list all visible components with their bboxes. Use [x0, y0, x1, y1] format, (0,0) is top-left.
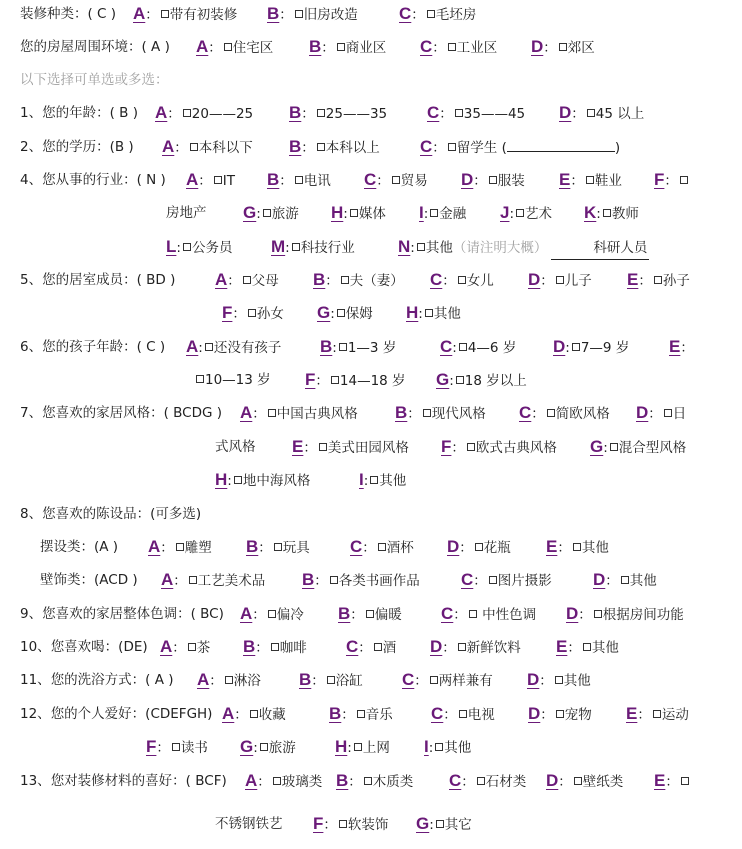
- option-item[interactable]: A：雕塑: [148, 540, 212, 556]
- option-item[interactable]: B:1—3 岁: [320, 340, 396, 356]
- checkbox-icon[interactable]: [489, 576, 497, 584]
- option-separator: ：: [227, 273, 241, 289]
- checkbox-icon[interactable]: [189, 576, 197, 584]
- option-text: 混合型风格: [619, 440, 687, 456]
- option-item[interactable]: N:其他（请注明大概）科研人员: [398, 240, 649, 256]
- subgroup-label: 壁饰类：(ACD ): [40, 572, 138, 588]
- option-item[interactable]: F：孙女: [222, 306, 284, 322]
- option-item[interactable]: E：运动: [626, 707, 689, 723]
- option-text: 保姆: [346, 306, 373, 322]
- option-text: 4—6 岁: [468, 340, 516, 356]
- checkbox-icon[interactable]: [295, 10, 303, 18]
- option-item[interactable]: C：工业区: [420, 40, 497, 56]
- option-letter: B: [267, 170, 279, 189]
- option-item[interactable]: E：美式田园风格: [292, 440, 409, 456]
- option-item[interactable]: D：宠物: [528, 707, 592, 723]
- checkbox-icon[interactable]: [680, 176, 688, 184]
- option-item[interactable]: C：图片摄影: [461, 573, 552, 589]
- instruction-note: 以下选择可单选或多选：: [20, 72, 169, 88]
- option-item[interactable]: C：简欧风格: [519, 406, 610, 422]
- checkbox-icon[interactable]: [574, 777, 582, 785]
- option-letter: G: [436, 370, 449, 389]
- option-separator: ：: [303, 440, 317, 456]
- option-letter: B: [302, 570, 314, 589]
- option-separator: ：: [539, 673, 553, 689]
- checkbox-icon[interactable]: [621, 576, 629, 584]
- option-item[interactable]: D：新鲜饮料: [430, 640, 521, 656]
- option-separator: ：: [570, 173, 584, 189]
- checkbox-icon[interactable]: [583, 643, 591, 651]
- option-item[interactable]: J:艺术: [500, 206, 552, 222]
- option-item[interactable]: D：壁纸类: [546, 774, 623, 790]
- option-item[interactable]: A：中国古典风格: [240, 406, 358, 422]
- checkbox-icon[interactable]: [268, 610, 276, 618]
- option-letter: C: [449, 771, 461, 790]
- option-text: 读书: [181, 740, 208, 756]
- option-item[interactable]: I:其他: [359, 473, 406, 489]
- option-item[interactable]: A：淋浴: [197, 673, 261, 689]
- checkbox-icon[interactable]: [556, 276, 564, 284]
- option-item[interactable]: D：郊区: [531, 40, 595, 56]
- option-separator: ：: [414, 673, 428, 689]
- option-separator: :: [227, 473, 232, 489]
- option-text: 壁纸类: [583, 774, 624, 790]
- option-letter: H: [406, 303, 418, 322]
- option-separator: ：: [315, 373, 329, 389]
- option-item[interactable]: D：儿子: [528, 273, 592, 289]
- option-separator: ：: [578, 607, 592, 623]
- survey-line: 式风格E：美式田园风格F：欧式古典风格G:混合型风格: [0, 436, 742, 458]
- option-separator: ：: [311, 673, 325, 689]
- checkbox-icon[interactable]: [161, 10, 169, 18]
- option-item[interactable]: C： 中性色调: [441, 607, 536, 623]
- checkbox-icon[interactable]: [587, 109, 595, 117]
- subgroup-label: 摆设类：(A ): [40, 539, 118, 555]
- checkbox-icon[interactable]: [190, 143, 198, 151]
- option-text: 鞋业: [595, 173, 622, 189]
- option-item[interactable]: E：其他: [556, 640, 619, 656]
- option-item[interactable]: D：花瓶: [447, 540, 511, 556]
- question-text: 11、您的洗浴方式：( A ): [20, 672, 174, 688]
- option-item[interactable]: C：酒: [346, 640, 396, 656]
- option-text: 玻璃类: [282, 774, 323, 790]
- option-item[interactable]: C：女儿: [430, 273, 494, 289]
- option-separator: ：: [407, 406, 421, 422]
- checkbox-icon[interactable]: [330, 576, 338, 584]
- option-item[interactable]: A：玻璃类: [245, 774, 322, 790]
- option-item[interactable]: F：欧式古典风格: [441, 440, 557, 456]
- survey-line: 4、您从事的行业：( N )A：ITB：电讯C：贸易D：服装E：鞋业F：: [0, 169, 742, 191]
- checkbox-icon[interactable]: [263, 209, 271, 217]
- option-separator: ：: [209, 673, 223, 689]
- option-item[interactable]: B：商业区: [309, 40, 386, 56]
- question-label: 您喜欢的家居整体色调：( BC): [42, 606, 224, 622]
- option-item[interactable]: A：住宅区: [196, 40, 273, 56]
- option-separator: :: [343, 206, 348, 222]
- checkbox-icon[interactable]: [354, 743, 362, 751]
- option-item[interactable]: B：电讯: [267, 173, 331, 189]
- question-number: 1、: [20, 105, 42, 121]
- option-item[interactable]: A：本科以下: [162, 140, 253, 156]
- checkbox-icon[interactable]: [295, 176, 303, 184]
- checkbox-icon[interactable]: [183, 243, 191, 251]
- checkbox-icon[interactable]: [475, 543, 483, 551]
- option-text: 儿子: [565, 273, 592, 289]
- option-separator: ：: [348, 774, 362, 790]
- checkbox-icon[interactable]: [196, 375, 204, 383]
- survey-line: 11、您的洗浴方式：( A )A：淋浴B：浴缸C：两样兼有D：其他: [0, 669, 742, 691]
- question-number: 13、: [20, 773, 51, 789]
- option-letter: C: [350, 537, 362, 556]
- option-item[interactable]: B：现代风格: [395, 406, 486, 422]
- checkbox-icon[interactable]: [436, 820, 444, 828]
- option-letter: A: [240, 604, 252, 623]
- option-item[interactable]: D：服装: [461, 173, 525, 189]
- option-item[interactable]: E：: [669, 340, 694, 356]
- option-item[interactable]: G:保姆: [317, 306, 373, 322]
- option-item[interactable]: A：工艺美术品: [161, 573, 265, 589]
- checkbox-icon[interactable]: [448, 143, 456, 151]
- survey-line: 2、您的学历：(B )A：本科以下B：本科以上C：留学生 (): [0, 136, 742, 158]
- checkbox-icon[interactable]: [366, 610, 374, 618]
- question-number: 12、: [20, 706, 51, 722]
- option-item[interactable]: C：毛坯房: [399, 7, 476, 23]
- option-item[interactable]: E：: [654, 774, 690, 790]
- option-separator: ：: [167, 106, 181, 122]
- checkbox-icon[interactable]: [331, 376, 339, 384]
- option-separator: ：: [543, 40, 557, 56]
- option-text: 花瓶: [484, 540, 511, 556]
- option-item[interactable]: A：20——25: [155, 106, 253, 122]
- checkbox-icon[interactable]: [319, 443, 327, 451]
- checkbox-icon[interactable]: [594, 610, 602, 618]
- option-item[interactable]: B：旧房改造: [267, 7, 358, 23]
- survey-line: 6、您的孩子年龄：( C )A:还没有孩子B:1—3 岁C:4—6 岁D:7—9…: [0, 336, 742, 358]
- option-item[interactable]: A:还没有孩子: [186, 340, 281, 356]
- option-item[interactable]: L:公务员: [166, 240, 232, 256]
- option-letter: F: [305, 370, 315, 389]
- option-letter: D: [553, 337, 565, 356]
- option-item[interactable]: I:其他: [424, 740, 471, 756]
- option-letter: D: [430, 637, 442, 656]
- option-text: 上网: [363, 740, 390, 756]
- question-number: 10、: [20, 639, 51, 655]
- option-text: 10—13 岁: [205, 372, 271, 388]
- option-separator: :: [429, 817, 434, 833]
- option-letter: D: [531, 37, 543, 56]
- checkbox-icon[interactable]: [455, 109, 463, 117]
- option-item[interactable]: G:混合型风格: [590, 440, 686, 456]
- option-text: 中性色调: [478, 607, 536, 623]
- option-separator: :: [410, 240, 415, 256]
- option-item[interactable]: D：其他: [593, 573, 657, 589]
- checkbox-icon[interactable]: [586, 176, 594, 184]
- checkbox-icon[interactable]: [653, 710, 661, 718]
- checkbox-icon[interactable]: [370, 476, 378, 484]
- option-text: 还没有孩子: [214, 340, 282, 356]
- option-item[interactable]: I:金融: [419, 206, 466, 222]
- checkbox-icon[interactable]: [417, 243, 425, 251]
- option-text: 教师: [612, 206, 639, 222]
- option-separator: :: [330, 306, 335, 322]
- option-item[interactable]: F：14—18 岁: [305, 373, 406, 389]
- option-text: 现代风格: [432, 406, 486, 422]
- option-item[interactable]: F：读书: [146, 740, 208, 756]
- checkbox-icon[interactable]: [273, 777, 281, 785]
- checkbox-icon[interactable]: [172, 743, 180, 751]
- question-text: 10、您喜欢喝：(DE): [20, 639, 148, 655]
- option-separator: ：: [301, 106, 315, 122]
- checkbox-icon[interactable]: [214, 176, 222, 184]
- option-letter: B: [313, 270, 325, 289]
- option-separator: ：: [174, 140, 188, 156]
- option-item[interactable]: K:教师: [584, 206, 639, 222]
- checkbox-icon[interactable]: [350, 209, 358, 217]
- question-text: 装修种类：( C ): [20, 6, 116, 22]
- checkbox-icon[interactable]: [477, 777, 485, 785]
- option-item[interactable]: F：软装饰: [313, 817, 388, 833]
- checkbox-icon[interactable]: [573, 543, 581, 551]
- option-item[interactable]: G:其它: [416, 817, 472, 833]
- option-item[interactable]: H:地中海风格: [215, 473, 310, 489]
- checkbox-icon[interactable]: [250, 710, 258, 718]
- option-separator: :: [347, 740, 352, 756]
- option-item[interactable]: B：各类书画作品: [302, 573, 420, 589]
- checkbox-icon[interactable]: [430, 209, 438, 217]
- option-item[interactable]: B：25——35: [289, 106, 387, 122]
- checkbox-icon[interactable]: [423, 409, 431, 417]
- checkbox-icon[interactable]: [654, 276, 662, 284]
- checkbox-icon[interactable]: [260, 743, 268, 751]
- checkbox-icon[interactable]: [458, 276, 466, 284]
- option-item[interactable]: D：根据房间功能: [566, 607, 684, 623]
- checkbox-icon[interactable]: [225, 676, 233, 684]
- checkbox-icon[interactable]: [337, 43, 345, 51]
- option-item[interactable]: C：两样兼有: [402, 673, 493, 689]
- fill-in-blank[interactable]: [507, 137, 615, 152]
- checkbox-icon[interactable]: [339, 820, 347, 828]
- checkbox-icon[interactable]: [364, 777, 372, 785]
- option-item[interactable]: B：偏暖: [338, 607, 402, 623]
- option-item[interactable]: B：本科以上: [289, 140, 380, 156]
- checkbox-icon[interactable]: [467, 443, 475, 451]
- option-item[interactable]: B：浴缸: [299, 673, 363, 689]
- option-item[interactable]: C：酒杯: [350, 540, 414, 556]
- option-separator: ：: [443, 707, 457, 723]
- option-item[interactable]: E：孙子: [627, 273, 690, 289]
- option-item[interactable]: M:科技行业: [271, 240, 355, 256]
- checkbox-icon[interactable]: [317, 109, 325, 117]
- option-letter: B: [243, 637, 255, 656]
- checkbox-icon[interactable]: [205, 343, 213, 351]
- answer-field[interactable]: 科研人员: [551, 237, 649, 260]
- question-number: 6、: [20, 339, 42, 355]
- option-text: 根据房间功能: [603, 607, 684, 623]
- option-item[interactable]: A：收藏: [222, 707, 286, 723]
- option-separator: :: [364, 473, 369, 489]
- option-letter: B: [299, 670, 311, 689]
- survey-line: H:地中海风格I:其他: [0, 469, 742, 491]
- option-letter: A: [197, 670, 209, 689]
- checkbox-icon[interactable]: [425, 309, 433, 317]
- checkbox-icon[interactable]: [516, 209, 524, 217]
- option-text: 新鲜饮料: [467, 640, 521, 656]
- checkbox-icon[interactable]: [489, 176, 497, 184]
- option-item[interactable]: B：咖啡: [243, 640, 307, 656]
- checkbox-icon[interactable]: [681, 777, 689, 785]
- checkbox-icon[interactable]: [339, 343, 347, 351]
- option-item[interactable]: C：35——45: [427, 106, 525, 122]
- checkbox-icon[interactable]: [603, 209, 611, 217]
- option-item[interactable]: C：电视: [431, 707, 495, 723]
- option-letter: F: [146, 737, 156, 756]
- option-separator: :: [452, 340, 457, 356]
- checkbox-icon[interactable]: [547, 409, 555, 417]
- option-separator: :: [285, 240, 290, 256]
- option-item[interactable]: A：茶: [160, 640, 210, 656]
- option-letter: E: [556, 637, 567, 656]
- survey-line: 12、您的个人爱好：(CDEFGH)A：收藏B：音乐C：电视D：宠物E：运动: [0, 703, 742, 725]
- option-separator: ：: [473, 573, 487, 589]
- option-text: 软装饰: [348, 817, 389, 833]
- option-item[interactable]: B：音乐: [329, 707, 393, 723]
- option-text: 中国古典风格: [277, 406, 358, 422]
- option-text: 简欧风格: [556, 406, 610, 422]
- checkbox-icon[interactable]: [392, 176, 400, 184]
- option-letter: G: [240, 737, 253, 756]
- survey-line: L:公务员M:科技行业N:其他（请注明大概）科研人员: [0, 236, 742, 258]
- option-item[interactable]: A：带有初装修: [133, 7, 237, 23]
- option-item[interactable]: D:7—9 岁: [553, 340, 629, 356]
- option-item[interactable]: F：: [654, 173, 689, 189]
- option-text: 媒体: [359, 206, 386, 222]
- option-letter: H: [335, 737, 347, 756]
- checkbox-icon[interactable]: [559, 43, 567, 51]
- survey-line: 装修种类：( C )A：带有初装修B：旧房改造C：毛坯房: [0, 3, 742, 25]
- option-item[interactable]: E：鞋业: [559, 173, 622, 189]
- option-text-continued: 不锈钢铁艺: [215, 816, 283, 832]
- option-separator: ：: [321, 40, 335, 56]
- checkbox-icon[interactable]: [459, 343, 467, 351]
- option-separator: ：: [325, 273, 339, 289]
- checkbox-icon[interactable]: [337, 309, 345, 317]
- option-item[interactable]: B：夫（妻）: [313, 273, 404, 289]
- option-text: 旧房改造: [304, 7, 358, 23]
- option-text: 其它: [445, 817, 472, 833]
- checkbox-icon[interactable]: [292, 243, 300, 251]
- checkbox-icon[interactable]: [357, 710, 365, 718]
- option-letter: C: [519, 403, 531, 422]
- checkbox-icon[interactable]: [664, 409, 672, 417]
- checkbox-icon[interactable]: [572, 343, 580, 351]
- checkbox-icon[interactable]: [469, 610, 477, 618]
- option-text: 偏冷: [277, 607, 304, 623]
- option-letter: D: [527, 670, 539, 689]
- option-separator: ：: [279, 7, 293, 23]
- option-item[interactable]: A：IT: [186, 173, 235, 189]
- option-separator: ：: [459, 540, 473, 556]
- option-separator: :: [424, 206, 429, 222]
- option-item[interactable]: H:上网: [335, 740, 390, 756]
- option-separator: :: [253, 740, 258, 756]
- option-separator: ：: [453, 607, 467, 623]
- option-item[interactable]: G:旅游: [240, 740, 296, 756]
- option-text: 其他: [582, 540, 609, 556]
- checkbox-icon[interactable]: [555, 676, 563, 684]
- option-text: 毛坯房: [436, 7, 477, 23]
- checkbox-icon[interactable]: [268, 409, 276, 417]
- checkbox-icon[interactable]: [427, 10, 435, 18]
- checkbox-icon[interactable]: [448, 43, 456, 51]
- option-text: 旅游: [269, 740, 296, 756]
- option-item[interactable]: B：玩具: [246, 540, 310, 556]
- option-item[interactable]: C：留学生 (): [420, 140, 620, 156]
- option-item[interactable]: G:旅游: [243, 206, 299, 222]
- checkbox-icon[interactable]: [243, 276, 251, 284]
- option-item[interactable]: D：日: [636, 406, 686, 422]
- checkbox-icon[interactable]: [556, 710, 564, 718]
- option-item[interactable]: C：贸易: [364, 173, 428, 189]
- checkbox-icon[interactable]: [183, 109, 191, 117]
- option-item[interactable]: C:4—6 岁: [440, 340, 516, 356]
- checkbox-icon[interactable]: [459, 710, 467, 718]
- checkbox-icon[interactable]: [430, 676, 438, 684]
- option-item[interactable]: E：其他: [546, 540, 609, 556]
- option-text: 雕塑: [185, 540, 212, 556]
- question-number: 11、: [20, 672, 51, 688]
- option-separator: ：: [234, 707, 248, 723]
- option-text: 服装: [498, 173, 525, 189]
- option-text: 石材类: [486, 774, 527, 790]
- option-separator: ：: [173, 573, 187, 589]
- checkbox-icon[interactable]: [271, 643, 279, 651]
- checkbox-icon[interactable]: [188, 643, 196, 651]
- checkbox-icon[interactable]: [374, 643, 382, 651]
- checkbox-icon[interactable]: [224, 43, 232, 51]
- checkbox-icon[interactable]: [435, 743, 443, 751]
- option-item[interactable]: A：偏冷: [240, 607, 304, 623]
- checkbox-icon[interactable]: [610, 443, 618, 451]
- option-letter: A: [222, 704, 234, 723]
- question-number: 9、: [20, 606, 42, 622]
- checkbox-icon[interactable]: [248, 309, 256, 317]
- option-item[interactable]: G:18 岁以上: [436, 373, 527, 389]
- checkbox-icon[interactable]: [176, 543, 184, 551]
- option-separator: ：: [208, 40, 222, 56]
- option-separator: ：: [432, 40, 446, 56]
- checkbox-icon[interactable]: [378, 543, 386, 551]
- checkbox-icon[interactable]: [458, 643, 466, 651]
- checkbox-icon[interactable]: [456, 376, 464, 384]
- checkbox-icon[interactable]: [274, 543, 282, 551]
- option-separator: ：: [442, 640, 456, 656]
- option-item[interactable]: D：其他: [527, 673, 591, 689]
- option-item[interactable]: C：石材类: [449, 774, 526, 790]
- checkbox-icon[interactable]: [317, 143, 325, 151]
- option-item[interactable]: H:其他: [406, 306, 461, 322]
- checkbox-icon[interactable]: [341, 276, 349, 284]
- option-item[interactable]: H:媒体: [331, 206, 386, 222]
- option-item[interactable]: A：父母: [215, 273, 279, 289]
- option-separator: ：: [664, 173, 678, 189]
- option-item[interactable]: B：木质类: [336, 774, 413, 790]
- option-separator: ：: [279, 173, 293, 189]
- option-item[interactable]: D：45 以上: [559, 106, 644, 122]
- checkbox-icon[interactable]: [234, 476, 242, 484]
- checkbox-icon[interactable]: [327, 676, 335, 684]
- option-text: 偏暖: [375, 607, 402, 623]
- option-letter: N: [398, 237, 410, 256]
